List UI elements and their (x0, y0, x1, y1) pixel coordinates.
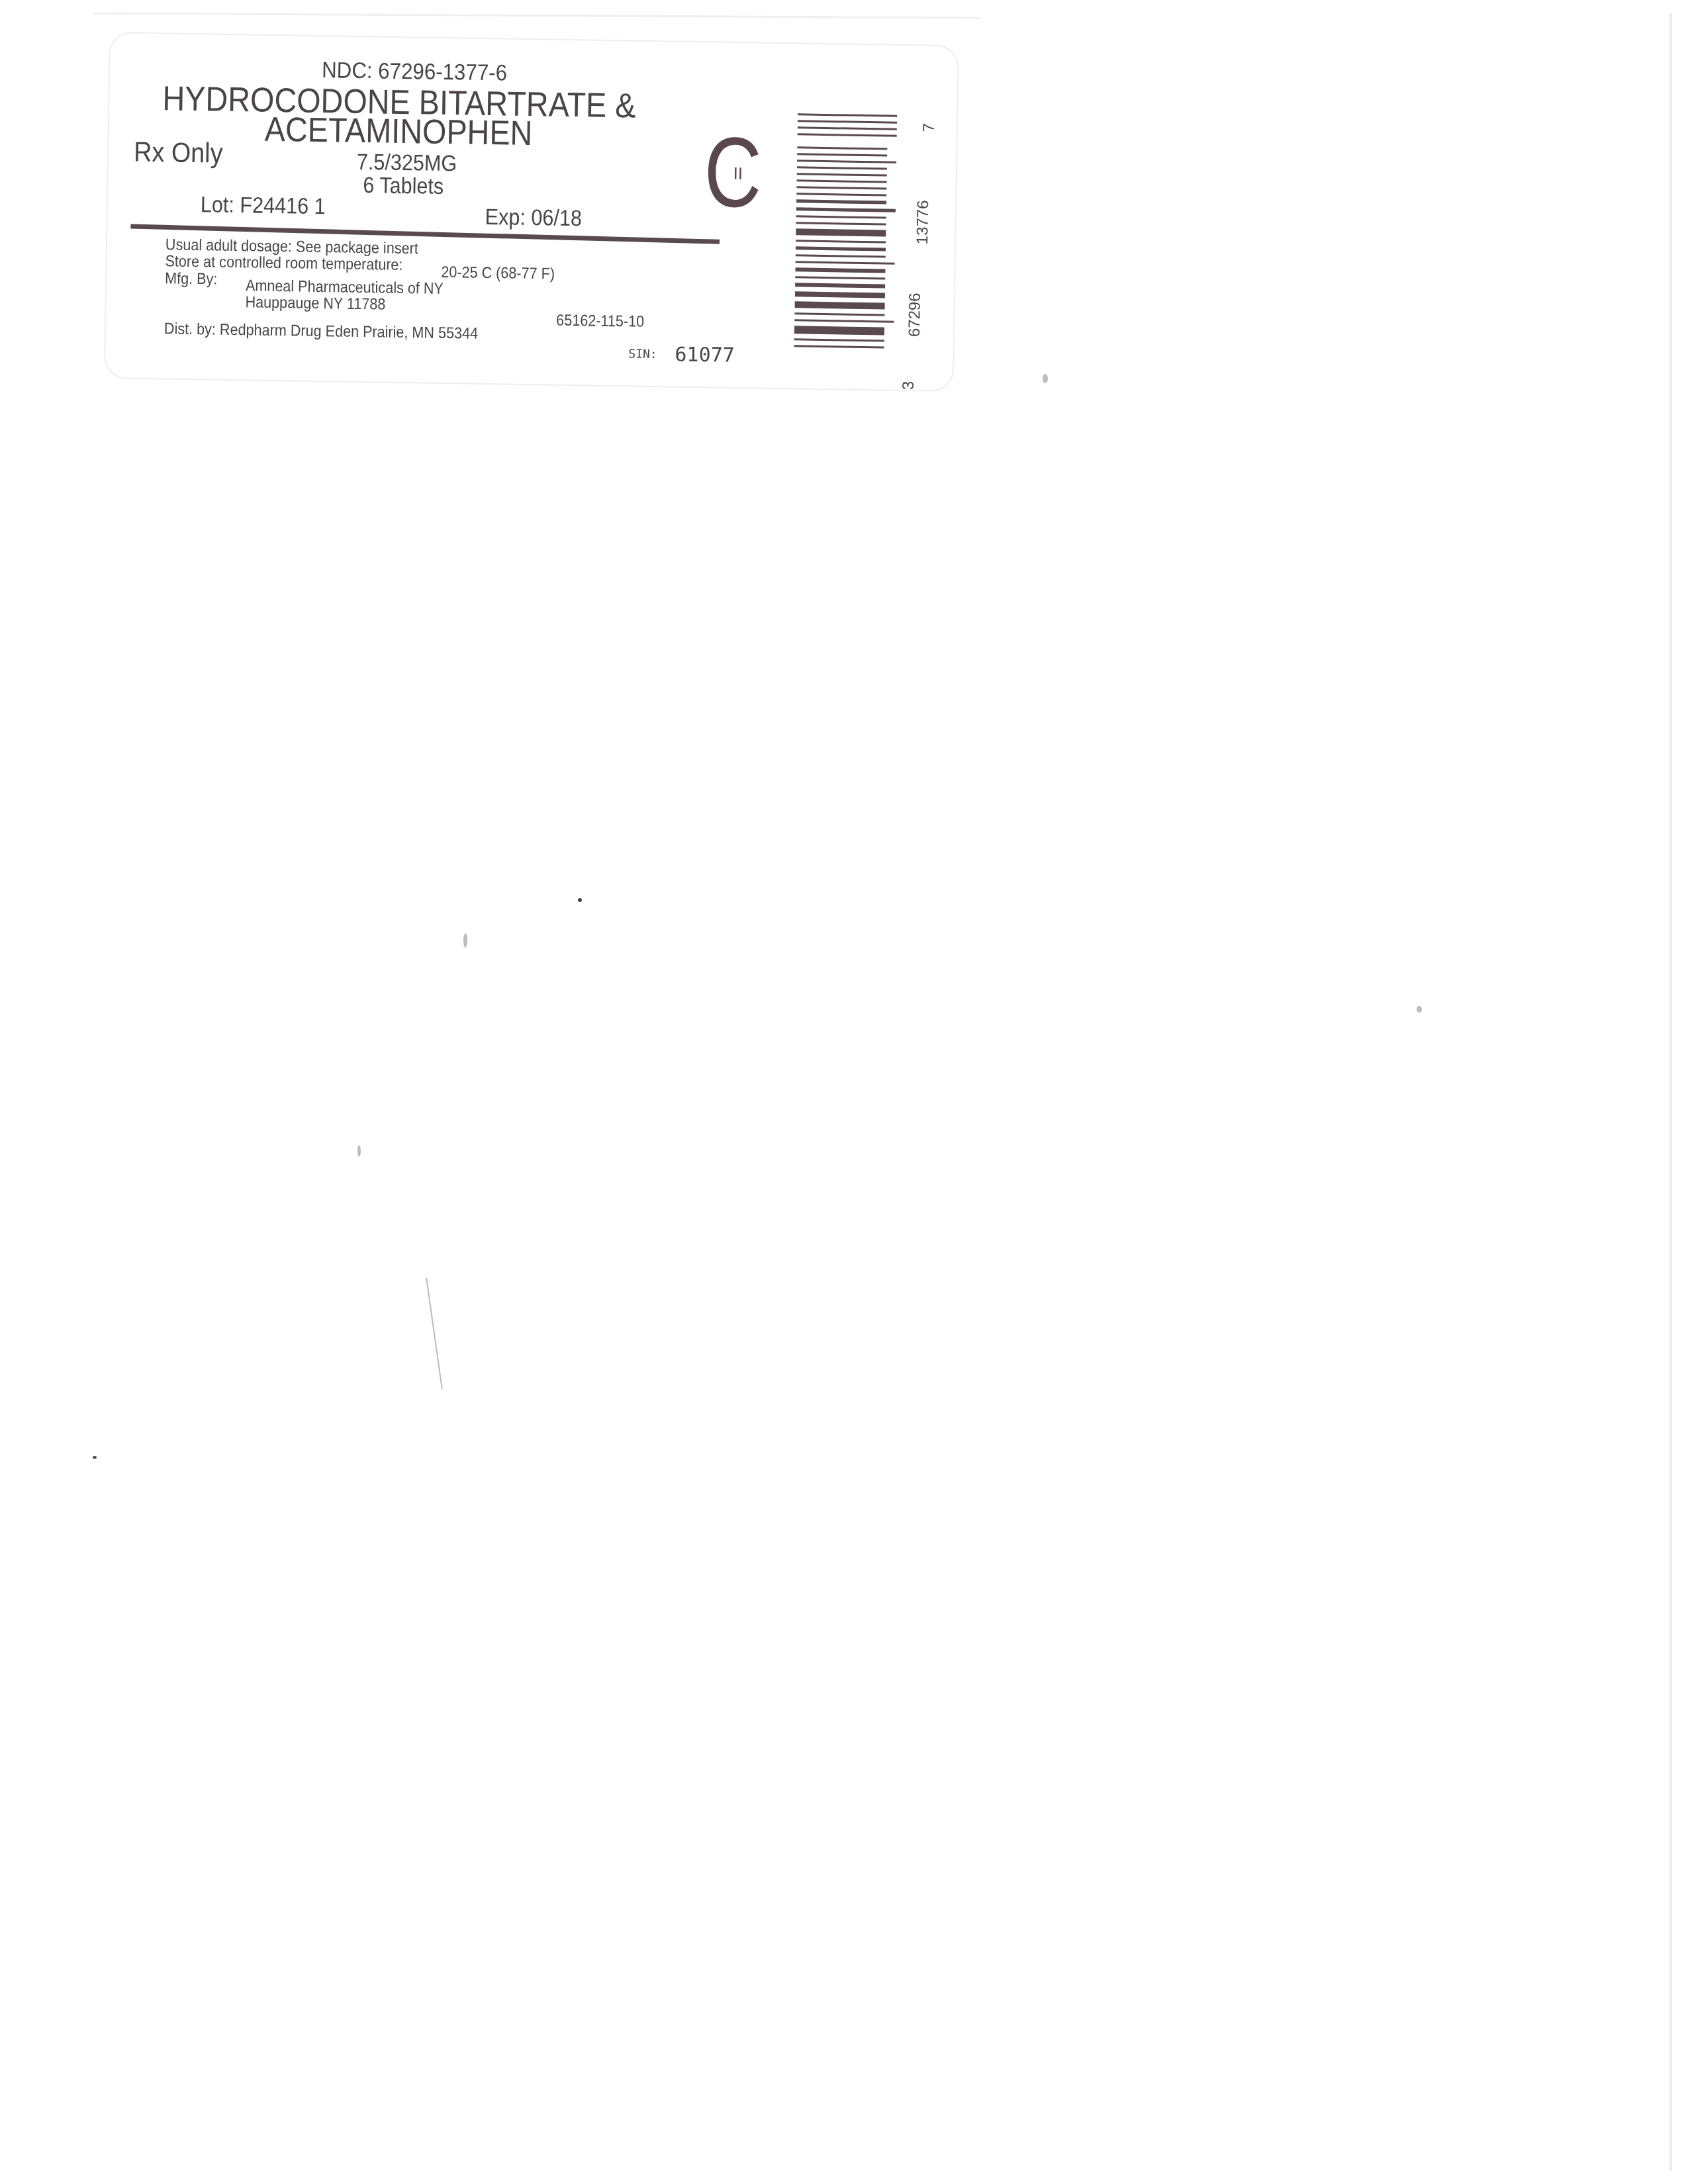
barcode-group2: 13776 (914, 200, 933, 244)
manufacturer-label: Mfg. By: (165, 269, 218, 289)
manufacturer-address: Hauppauge NY 11788 (245, 293, 385, 314)
drug-name-line2: ACETAMINOPHEN (264, 110, 533, 154)
barcode-bar (794, 319, 894, 322)
expiration-date: Exp: 06/18 (485, 205, 582, 232)
scan-line (426, 1278, 443, 1390)
schedule-ii-icon: C II (704, 135, 769, 216)
barcode-bar (796, 186, 886, 189)
barcode-bar (795, 283, 885, 288)
storage-temperature: 20-25 C (68-77 F) (441, 263, 555, 284)
product-code: 65162-115-10 (556, 312, 644, 332)
barcode-digit-left: 3 (900, 381, 918, 390)
lot-number: Lot: F24416 1 (201, 192, 326, 220)
barcode-bar (796, 199, 886, 204)
schedule-roman: II (733, 163, 743, 184)
barcode-bar (798, 126, 897, 130)
barcode-bar (796, 207, 896, 212)
barcode-bar (796, 240, 886, 243)
barcode-bar (797, 179, 887, 183)
barcode-bar (796, 228, 886, 236)
barcode-bar (798, 113, 897, 116)
barcode-bar (794, 345, 884, 348)
barcode-bar (797, 153, 887, 156)
barcode-bar (796, 261, 895, 264)
barcode-bar (795, 301, 885, 309)
scan-edge (93, 12, 980, 19)
page-edge (1669, 13, 1672, 2171)
scan-speck (357, 1145, 361, 1157)
barcode-bar (797, 166, 887, 169)
barcode-bar (798, 133, 897, 136)
scan-speck (1417, 1006, 1422, 1013)
barcode-bar (796, 246, 886, 251)
barcode-icon (794, 113, 897, 366)
barcode-bar (795, 276, 885, 279)
barcode-bar (794, 338, 884, 341)
distributor: Dist. by: Redpharm Drug Eden Prairie, MN… (164, 320, 479, 343)
barcode-bar (794, 312, 884, 316)
barcode-bar (797, 173, 887, 176)
scan-speck (93, 1456, 97, 1459)
scan-speck (578, 898, 582, 902)
barcode-bar (796, 193, 886, 196)
sin-label: SIN: (628, 347, 657, 361)
prescription-label: NDC: 67296-1377-6 HYDROCODONE BITARTRATE… (104, 32, 959, 392)
barcode-bar (797, 146, 887, 150)
scan-speck (1043, 374, 1048, 383)
barcode-bar (795, 291, 885, 298)
barcode-bar (794, 326, 884, 335)
quantity: 6 Tablets (363, 173, 444, 200)
rx-only: Rx Only (134, 136, 223, 169)
barcode-group1: 67296 (906, 293, 925, 337)
sin-value: 61077 (675, 343, 735, 367)
barcode-digit-right: 7 (920, 123, 939, 132)
barcode-bar (798, 120, 897, 123)
scan-speck (463, 933, 467, 948)
barcode-bar (795, 267, 885, 273)
barcode-bar (796, 222, 886, 225)
barcode-bar (796, 254, 886, 257)
barcode-bar (796, 215, 886, 218)
barcode-bar (797, 159, 896, 163)
